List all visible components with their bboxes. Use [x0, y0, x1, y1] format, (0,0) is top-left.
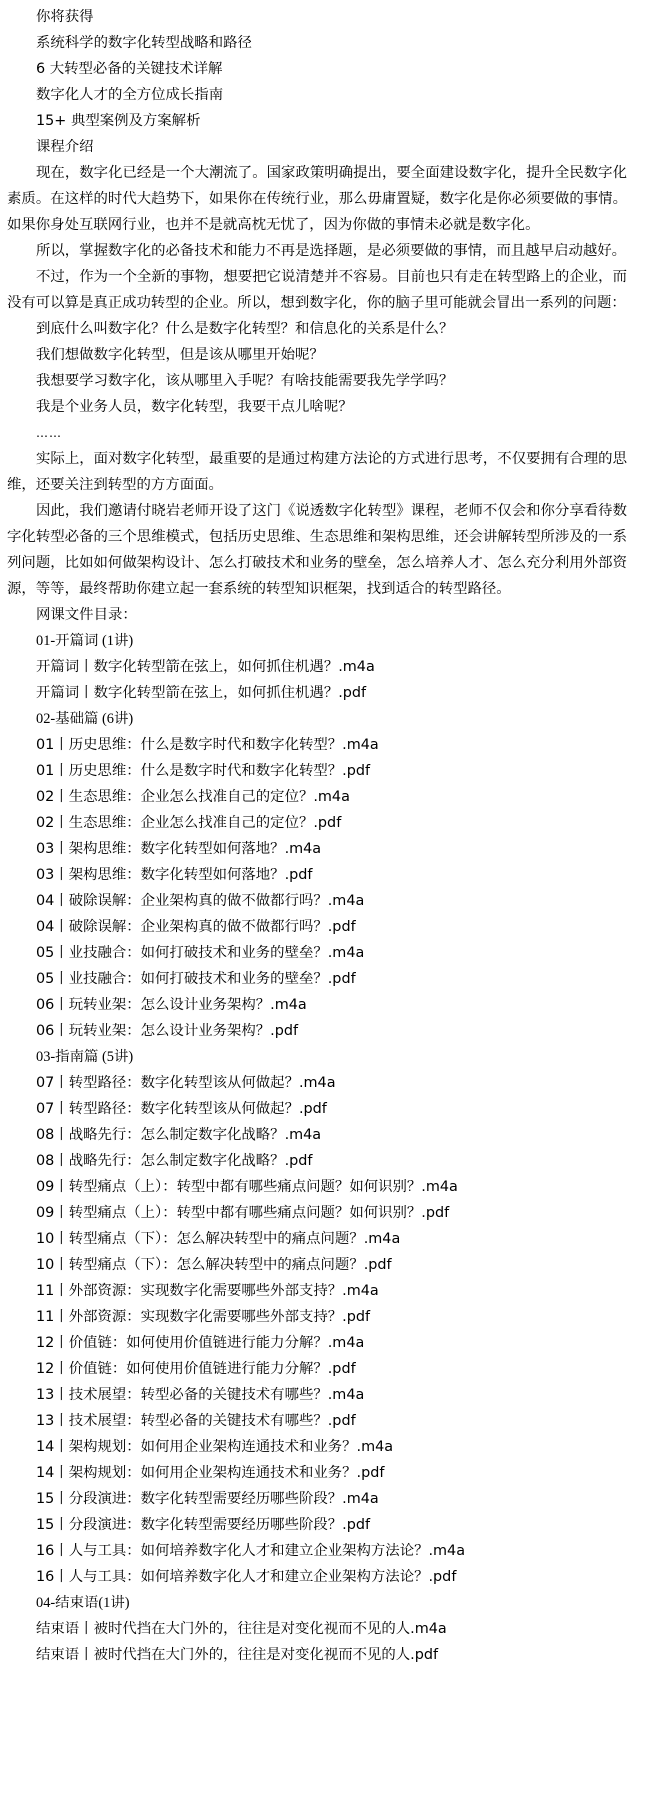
file-item: 04丨破除误解：企业架构真的做不做都行吗？.m4a	[7, 888, 627, 914]
file-item: 结束语丨被时代挡在大门外的，往往是对变化视而不见的人.pdf	[7, 1642, 627, 1668]
file-item: 05丨业技融合：如何打破技术和业务的壁垒？.m4a	[7, 940, 627, 966]
question-item: 我们想做数字化转型，但是该从哪里开始呢？	[7, 342, 627, 368]
file-item: 12丨价值链：如何使用价值链进行能力分解？.m4a	[7, 1330, 627, 1356]
intro-paragraph: 实际上，面对数字化转型，最重要的是通过构建方法论的方式进行思考，不仅要拥有合理的…	[7, 446, 627, 498]
file-item: 07丨转型路径：数字化转型该从何做起？.pdf	[7, 1096, 627, 1122]
file-item: 08丨战略先行：怎么制定数字化战略？.m4a	[7, 1122, 627, 1148]
file-item: 10丨转型痛点（下）：怎么解决转型中的痛点问题？.m4a	[7, 1226, 627, 1252]
gain-item: 15+ 典型案例及方案解析	[7, 108, 627, 134]
file-item: 13丨技术展望：转型必备的关键技术有哪些？.m4a	[7, 1382, 627, 1408]
file-item: 06丨玩转业架：怎么设计业务架构？.pdf	[7, 1018, 627, 1044]
file-item: 结束语丨被时代挡在大门外的，往往是对变化视而不见的人.m4a	[7, 1616, 627, 1642]
file-item: 05丨业技融合：如何打破技术和业务的壁垒？.pdf	[7, 966, 627, 992]
file-item: 开篇词丨数字化转型箭在弦上，如何抓住机遇？.m4a	[7, 654, 627, 680]
gains-heading: 你将获得	[7, 4, 627, 30]
question-item: 我是个业务人员，数字化转型，我要干点儿啥呢？	[7, 394, 627, 420]
gain-item: 数字化人才的全方位成长指南	[7, 82, 627, 108]
file-item: 02丨生态思维：企业怎么找准自己的定位？.pdf	[7, 810, 627, 836]
file-item: 01丨历史思维：什么是数字时代和数字化转型？.pdf	[7, 758, 627, 784]
file-catalog: 网课文件目录： 01-开篇词 (1讲) 开篇词丨数字化转型箭在弦上，如何抓住机遇…	[7, 602, 627, 1668]
file-item: 12丨价值链：如何使用价值链进行能力分解？.pdf	[7, 1356, 627, 1382]
section-title: 01-开篇词 (1讲)	[7, 628, 627, 654]
ellipsis: ……	[7, 420, 627, 446]
intro-heading: 课程介绍	[7, 134, 627, 160]
file-item: 16丨人与工具：如何培养数字化人才和建立企业架构方法论？.pdf	[7, 1564, 627, 1590]
course-document: 你将获得 系统科学的数字化转型战略和路径 6 大转型必备的关键技术详解 数字化人…	[0, 0, 635, 1668]
file-item: 14丨架构规划：如何用企业架构连通技术和业务？.pdf	[7, 1460, 627, 1486]
intro-paragraph: 所以，掌握数字化的必备技术和能力不再是选择题，是必须要做的事情，而且越早启动越好…	[7, 238, 627, 264]
file-item: 15丨分段演进：数字化转型需要经历哪些阶段？.m4a	[7, 1486, 627, 1512]
file-item: 16丨人与工具：如何培养数字化人才和建立企业架构方法论？.m4a	[7, 1538, 627, 1564]
file-item: 08丨战略先行：怎么制定数字化战略？.pdf	[7, 1148, 627, 1174]
file-item: 03丨架构思维：数字化转型如何落地？.m4a	[7, 836, 627, 862]
file-item: 10丨转型痛点（下）：怎么解决转型中的痛点问题？.pdf	[7, 1252, 627, 1278]
file-item: 06丨玩转业架：怎么设计业务架构？.m4a	[7, 992, 627, 1018]
file-item: 09丨转型痛点（上）：转型中都有哪些痛点问题？如何识别？.pdf	[7, 1200, 627, 1226]
file-item: 11丨外部资源：实现数字化需要哪些外部支持？.pdf	[7, 1304, 627, 1330]
section-title: 04-结束语(1讲)	[7, 1590, 627, 1616]
section-title: 02-基础篇 (6讲)	[7, 706, 627, 732]
gain-item: 系统科学的数字化转型战略和路径	[7, 30, 627, 56]
question-item: 到底什么叫数字化？什么是数字化转型？和信息化的关系是什么？	[7, 316, 627, 342]
gains-section: 你将获得 系统科学的数字化转型战略和路径 6 大转型必备的关键技术详解 数字化人…	[7, 4, 627, 134]
file-item: 04丨破除误解：企业架构真的做不做都行吗？.pdf	[7, 914, 627, 940]
gain-item: 6 大转型必备的关键技术详解	[7, 56, 627, 82]
intro-paragraph: 现在，数字化已经是一个大潮流了。国家政策明确提出，要全面建设数字化，提升全民数字…	[7, 160, 627, 238]
intro-paragraph: 因此，我们邀请付晓岩老师开设了这门《说透数字化转型》课程，老师不仅会和你分享看待…	[7, 498, 627, 602]
file-item: 03丨架构思维：数字化转型如何落地？.pdf	[7, 862, 627, 888]
intro-section: 课程介绍 现在，数字化已经是一个大潮流了。国家政策明确提出，要全面建设数字化，提…	[7, 134, 627, 602]
file-item: 15丨分段演进：数字化转型需要经历哪些阶段？.pdf	[7, 1512, 627, 1538]
intro-paragraph: 不过，作为一个全新的事物，想要把它说清楚并不容易。目前也只有走在转型路上的企业，…	[7, 264, 627, 316]
file-item: 01丨历史思维：什么是数字时代和数字化转型？.m4a	[7, 732, 627, 758]
file-item: 13丨技术展望：转型必备的关键技术有哪些？.pdf	[7, 1408, 627, 1434]
file-item: 07丨转型路径：数字化转型该从何做起？.m4a	[7, 1070, 627, 1096]
question-item: 我想要学习数字化，该从哪里入手呢？有啥技能需要我先学学吗？	[7, 368, 627, 394]
catalog-heading: 网课文件目录：	[7, 602, 627, 628]
file-item: 14丨架构规划：如何用企业架构连通技术和业务？.m4a	[7, 1434, 627, 1460]
file-item: 02丨生态思维：企业怎么找准自己的定位？.m4a	[7, 784, 627, 810]
file-item: 11丨外部资源：实现数字化需要哪些外部支持？.m4a	[7, 1278, 627, 1304]
file-item: 09丨转型痛点（上）：转型中都有哪些痛点问题？如何识别？.m4a	[7, 1174, 627, 1200]
file-item: 开篇词丨数字化转型箭在弦上，如何抓住机遇？.pdf	[7, 680, 627, 706]
section-title: 03-指南篇 (5讲)	[7, 1044, 627, 1070]
